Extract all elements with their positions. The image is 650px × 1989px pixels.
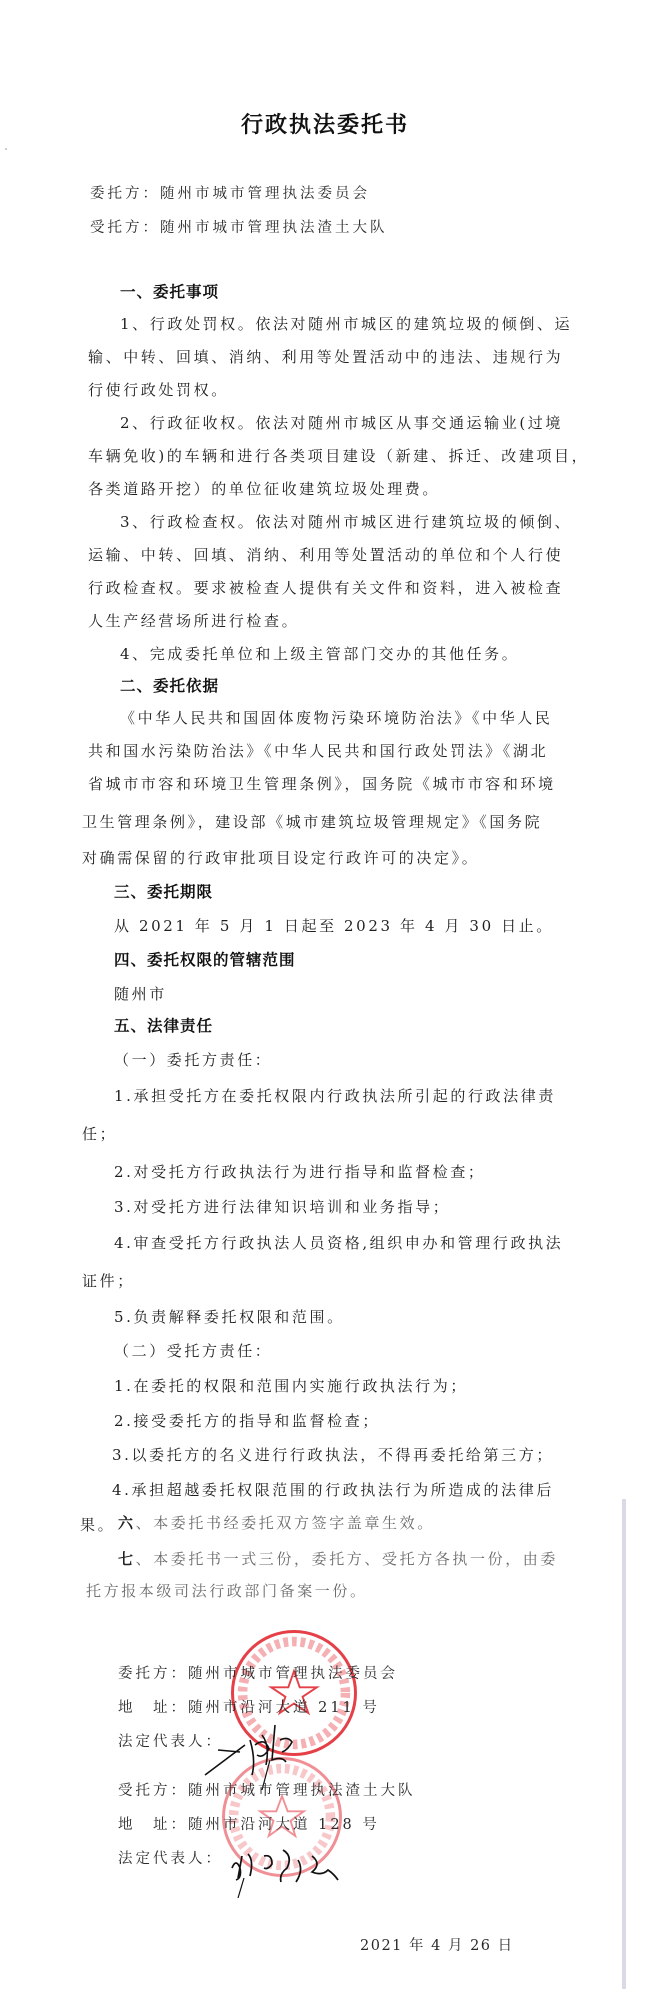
sig-entrustee-rep-label: 法定代表人：: [118, 1849, 223, 1869]
section-5-sub1-line: 5.负责解释委托权限和范围。: [114, 1307, 345, 1327]
section-7-num: 七: [118, 1550, 136, 1568]
section-3-heading: 三、委托期限: [114, 882, 213, 902]
sig-entrustee-party: 受托方：随州市城市管理执法渣土大队: [118, 1781, 416, 1801]
section-1-line: 人生产经营场所进行检查。: [88, 611, 299, 631]
section-1-line: 行使行政处罚权。: [88, 380, 229, 400]
section-2-line: 对确需保留的行政审批项目设定行政许可的决定》。: [82, 848, 479, 868]
sig-entrustee-address: 地 址：随州市沿河大道 128 号: [118, 1815, 380, 1835]
section-5-sub1-line: 1.承担受托方在委托权限内行政执法所引起的行政法律责: [114, 1086, 556, 1106]
section-5-sub2-line: 果。: [80, 1515, 115, 1535]
section-4-heading: 四、委托权限的管辖范围: [114, 950, 296, 970]
section-5-sub2-line: 1.在委托的权限和范围内实施行政执法行为；: [114, 1376, 468, 1396]
section-2-line: 卫生管理条例》，建设部《城市建筑垃圾管理规定》《国务院: [82, 812, 542, 832]
section-1-line: 1、行政处罚权。依法对随州市城区的建筑垃圾的倾倒、运: [120, 314, 572, 334]
section-4-line: 随州市: [114, 984, 167, 1004]
section-6-num: 六: [118, 1514, 136, 1532]
section-7-text: 、本委托书一式三份，委托方、受托方各执一份，由委: [136, 1550, 558, 1568]
sig-entrustor-party: 委托方：随州市城市管理执法委员会: [118, 1664, 398, 1684]
section-1-line: 输、中转、回填、消纳、利用等处置活动中的违法、违规行为: [88, 347, 563, 367]
scan-edge-bar: [622, 1499, 626, 1989]
section-5-sub2-line: 2.接受委托方的指导和监督检查；: [114, 1411, 380, 1431]
section-5-sub1-line: 3.对受托方进行法律知识培训和业务指导；: [114, 1197, 450, 1217]
section-5-heading: 五、法律责任: [114, 1016, 213, 1036]
section-7-line: 七、本委托书一式三份，委托方、受托方各执一份，由委: [118, 1549, 558, 1569]
section-2-line: 共和国水污染防治法》《中华人民共和国行政处罚法》《湖北: [88, 741, 548, 761]
entrustee-line: 受托方：随州市城市管理执法渣土大队: [90, 218, 388, 238]
section-1-line: 行政检查权。要求被检查人提供有关文件和资料，进入被检查: [88, 578, 563, 598]
section-1-line: 2、行政征收权。依法对随州市城区从事交通运输业(过境: [120, 413, 563, 433]
section-1-line: 车辆免收)的车辆和进行各类项目建设（新建、拆迁、改建项目，: [88, 446, 589, 466]
signature-1: [200, 1700, 310, 1790]
section-1-line: 各类道路开挖）的单位征收建筑垃圾处理费。: [88, 479, 440, 499]
section-7-cont: 托方报本级司法行政部门备案一份。: [86, 1581, 368, 1601]
section-5-sub1-line: 4.审查受托方行政执法人员资格,组织申办和管理行政执法: [114, 1233, 563, 1253]
document-date: 2021 年 4 月 26 日: [360, 1936, 514, 1956]
section-1-line: 3、行政检查权。依法对随州市城区进行建筑垃圾的倾倒、: [120, 512, 572, 532]
section-5-sub2-line: 3.以委托方的名义进行行政执法，不得再委托给第三方；: [112, 1445, 554, 1465]
section-5-sub1-line: 证件；: [82, 1271, 135, 1291]
section-5-sub1-heading: （一）委托方责任：: [114, 1050, 272, 1070]
section-2-line: 省城市市容和环境卫生管理条例》，国务院《城市市容和环境: [88, 774, 556, 794]
entrustor-line: 委托方：随州市城市管理执法委员会: [90, 184, 370, 204]
section-2-heading: 二、委托依据: [120, 676, 219, 696]
section-1-line: 4、完成委托单位和上级主管部门交办的其他任务。: [120, 644, 519, 664]
section-5-sub2-heading: （二）受托方责任：: [114, 1341, 272, 1361]
section-5-sub1-line: 任；: [82, 1124, 117, 1144]
signature-2: [228, 1838, 358, 1898]
section-2-line: 《中华人民共和国固体废物污染环境防治法》《中华人民: [120, 708, 553, 728]
section-3-line: 从 2021 年 5 月 1 日起至 2023 年 4 月 30 日止。: [114, 916, 554, 936]
section-5-sub1-line: 2.对受托方行政执法行为进行指导和监督检查；: [114, 1162, 486, 1182]
section-1-heading: 一、委托事项: [120, 282, 219, 302]
section-6-text: 、本委托书经委托双方签字盖章生效。: [136, 1514, 435, 1532]
section-6-line: 六、本委托书经委托双方签字盖章生效。: [118, 1513, 435, 1533]
section-1-line: 运输、中转、回填、消纳、利用等处置活动的单位和个人行使: [88, 545, 563, 565]
scan-speck: [5, 148, 7, 150]
document-title: 行政执法委托书: [0, 108, 650, 139]
document-page: 行政执法委托书 委托方：随州市城市管理执法委员会 受托方：随州市城市管理执法渣土…: [0, 0, 650, 1989]
section-5-sub2-line: 4.承担超越委托权限范围的行政执法行为所造成的法律后: [112, 1480, 554, 1500]
